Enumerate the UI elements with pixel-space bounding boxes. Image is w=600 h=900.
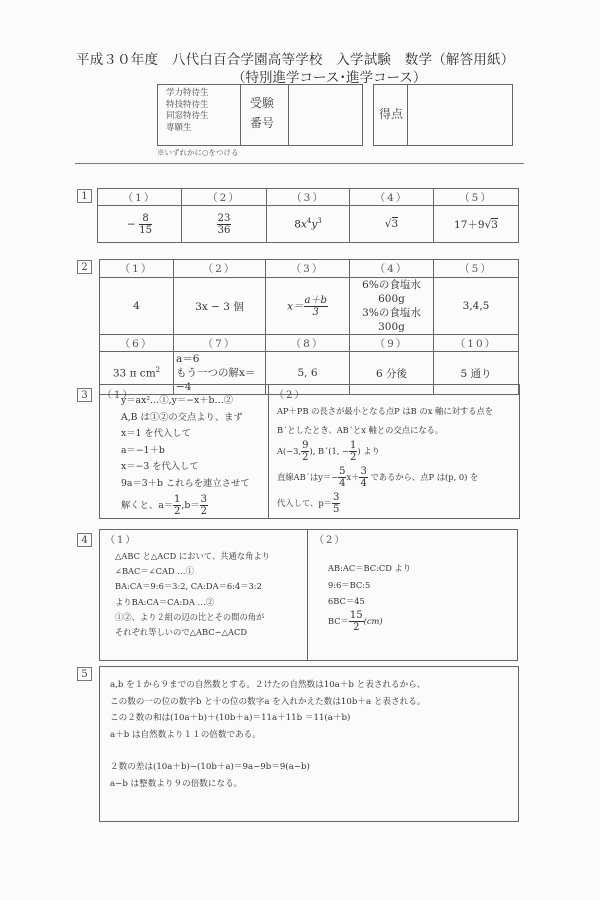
text: ), B´(1, − xyxy=(309,446,349,456)
numerator: 3 xyxy=(359,466,367,478)
solution-line: A(−3,92), B´(1, −12) より xyxy=(277,440,493,463)
solution-line: 直線AB´はy＝−54x＋34 であるから、点P は(p, 0) を xyxy=(277,466,493,489)
numerator: 3 xyxy=(332,492,340,504)
q2-header: （6） xyxy=(100,335,174,352)
numerator: 23 xyxy=(217,213,232,225)
header-divider xyxy=(75,163,524,164)
q3-part2-solution: AP＋PB の長さが最小となる点P はB のx 軸に対する点を B´としたとき、… xyxy=(277,402,493,515)
q4-part1-label: （1） xyxy=(105,531,137,546)
solution-line: ２数の差は(10a＋b)−(10b＋a)＝9a−9b＝9(a−b) xyxy=(110,759,425,776)
q2-header: （3） xyxy=(266,260,350,278)
category-option[interactable]: 同窓特待生 xyxy=(166,111,240,123)
text: x＋ xyxy=(346,472,359,482)
category-list: 学力特待生 特技特待生 同窓特待生 専願生 xyxy=(158,85,241,145)
exam-number-label-line: 受験 xyxy=(250,93,288,113)
q2-header: （2） xyxy=(174,260,266,278)
fraction: 2336 xyxy=(217,213,232,236)
q4-answer-box: （1） △ABC と△ACD において、共通な角より ∠BAC＝∠CAD …① … xyxy=(99,529,518,661)
q2-answer-3: x＝a＋b3 xyxy=(266,278,350,335)
text: BC＝ xyxy=(328,616,349,626)
q1-answer-5: 17＋9√3 xyxy=(434,206,519,243)
q1-answer-2: 2336 xyxy=(182,206,267,243)
solution-line: それぞれ等しいので△ABC∽△ACD xyxy=(115,625,270,640)
q4-part2-label: （2） xyxy=(314,531,346,546)
solution-line: B´としたとき、AB´とx 軸との交点になる。 xyxy=(277,421,493,440)
solution-line: x＝1 を代入して xyxy=(121,426,250,443)
q1-header: （5） xyxy=(434,189,519,206)
numerator: 8 xyxy=(139,213,152,225)
text: A(−3, xyxy=(277,446,301,456)
text: 解くと、a＝ xyxy=(121,500,173,511)
denominator: 2 xyxy=(200,506,208,517)
solution-line: ①②、より２組の辺の比とその間の角が xyxy=(115,610,270,625)
q1-header: （3） xyxy=(267,189,350,206)
radicand: 3 xyxy=(491,218,498,231)
exam-number-label: 受験 番号 xyxy=(241,85,289,145)
solution-line: 6BC＝45 xyxy=(328,593,411,610)
q1-answer-1: − 815 xyxy=(98,206,182,243)
solution-line: よりBA:CA＝CA:DA …② xyxy=(115,595,270,610)
q2-header: （4） xyxy=(350,260,434,278)
minus-sign: − xyxy=(127,218,136,230)
answer-line: 3%の食塩水300g xyxy=(350,306,433,334)
page-title: 平成３０年度 八代白百合学園高等学校 入学試験 数学（解答用紙） xyxy=(76,48,514,68)
solution-line: AP＋PB の長さが最小となる点P はB のx 軸に対する点を xyxy=(277,402,493,421)
coefficient: 8 xyxy=(294,219,301,231)
q2-answer-1: 4 xyxy=(100,278,174,335)
score-field[interactable] xyxy=(408,85,512,145)
solution-line: ∠BAC＝∠CAD …① xyxy=(115,564,270,579)
q2-answer-5: 3,4,5 xyxy=(434,278,519,335)
q2-header: （8） xyxy=(266,335,350,352)
q2-header: （10） xyxy=(434,335,519,352)
text: 直線AB´はy＝− xyxy=(277,472,338,482)
fraction: 34 xyxy=(359,466,367,489)
denominator: 3 xyxy=(304,307,328,318)
question-number-2: 2 xyxy=(77,260,92,274)
solution-line: 9:6＝BC:5 xyxy=(328,577,411,594)
page-subtitle: （特別進学コース･進学コース） xyxy=(232,66,426,86)
q4-part2-solution: AB:AC＝BC:CD より 9:6＝BC:5 6BC＝45 BC＝152(cm… xyxy=(328,560,411,633)
q1-header: （2） xyxy=(182,189,267,206)
q5-answer-box: a,b を１から９までの自然数とする。２けたの自然数は10a＋b と表されるから… xyxy=(99,666,519,822)
q1-answer-table: （1） （2） （3） （4） （5） − 815 2336 8x4y3 √3 … xyxy=(97,188,519,243)
spacer xyxy=(110,743,425,759)
q2-header: （9） xyxy=(350,335,434,352)
numerator: 3 xyxy=(200,494,208,506)
exam-number-label-line: 番号 xyxy=(250,113,288,133)
radicand: 3 xyxy=(392,217,399,230)
score-label: 得点 xyxy=(374,85,408,145)
solution-line: AB:AC＝BC:CD より xyxy=(328,560,411,577)
denominator: 15 xyxy=(139,225,152,236)
solution-line: △ABC と△ACD において、共通な角より xyxy=(115,549,270,564)
solution-line: BC＝152(cm) xyxy=(328,610,411,633)
question-number-1: 1 xyxy=(77,189,92,203)
solution-line: a−b は整数より９の倍数になる。 xyxy=(110,776,425,793)
solution-line: 9a＝3＋b これらを連立させて xyxy=(121,476,250,493)
q2-header: （7） xyxy=(174,335,266,352)
fraction: 815 xyxy=(139,213,152,236)
text: 代入して、p＝ xyxy=(277,498,332,508)
exponent: 2 xyxy=(156,366,160,374)
numerator: a＋b xyxy=(304,295,328,307)
solution-line: A,B は①②の交点より、まず xyxy=(121,410,250,427)
question-number-4: 4 xyxy=(77,533,92,547)
solution-line: a＋b は自然数より１１の倍数である。 xyxy=(110,727,425,744)
text: ) より xyxy=(357,446,379,456)
score-box: 得点 xyxy=(373,84,513,146)
q3-part2-label: （2） xyxy=(274,386,306,401)
solution-line: 解くと、a＝12,b＝32 xyxy=(121,494,250,517)
denominator: 36 xyxy=(217,225,232,236)
solution-line: BA:CA＝9:6＝3:2, CA:DA＝6:4＝3:2 xyxy=(115,579,270,594)
solution-line: この数の一の位の数字b と十の位の数字a を入れかえた数は10b＋a と表される… xyxy=(110,694,425,711)
solution-line: x＝−3 を代入して xyxy=(121,459,250,476)
q2-answer-2: 3x − 3 個 xyxy=(174,278,266,335)
q1-header: （1） xyxy=(98,189,182,206)
unit: (cm) xyxy=(364,616,383,626)
category-option[interactable]: 学力特待生 xyxy=(166,88,240,100)
fraction: 32 xyxy=(200,494,208,517)
denominator: 2 xyxy=(349,622,364,633)
solution-line: a＝−1＋b xyxy=(121,443,250,460)
solution-line: この２数の和は(10a＋b)＋(10b＋a)＝11a＋11b ＝11(a＋b) xyxy=(110,710,425,727)
q1-answer-4: √3 xyxy=(350,206,434,243)
q4-part1-solution: △ABC と△ACD において、共通な角より ∠BAC＝∠CAD …① BA:C… xyxy=(115,549,270,640)
expression-prefix: 17＋9 xyxy=(454,219,485,231)
q1-header: （4） xyxy=(350,189,434,206)
solution-line: 代入して、p＝35 xyxy=(277,492,493,515)
q2-header: （5） xyxy=(434,260,519,278)
text: であるから、点P は(p, 0) を xyxy=(368,472,479,482)
fraction: 152 xyxy=(349,610,364,633)
category-option[interactable]: 専願生 xyxy=(166,123,240,135)
q1-answer-3: 8x4y3 xyxy=(267,206,350,243)
denominator: 5 xyxy=(332,504,340,515)
solution-line: y＝ax²…①,y＝−x＋b…② xyxy=(121,393,250,410)
question-number-5: 5 xyxy=(77,667,92,681)
area-value: 33 π cm xyxy=(113,368,156,380)
equation-lhs: x＝ xyxy=(287,300,303,312)
q2-answer-table: （1） （2） （3） （4） （5） 4 3x − 3 個 x＝a＋b3 6%… xyxy=(99,259,519,395)
exponent: 3 xyxy=(317,217,321,225)
q5-solution: a,b を１から９までの自然数とする。２けたの自然数は10a＋b と表されるから… xyxy=(110,677,425,792)
numerator: 15 xyxy=(349,610,364,622)
q3-divider xyxy=(268,385,269,518)
question-number-3: 3 xyxy=(77,388,92,402)
q3-part1-solution: y＝ax²…①,y＝−x＋b…② A,B は①②の交点より、まず x＝1 を代入… xyxy=(121,393,250,517)
exam-number-field[interactable] xyxy=(289,85,362,145)
denominator: 4 xyxy=(359,478,367,489)
q4-divider xyxy=(307,530,308,660)
category-note: ※いずれかに○をつける xyxy=(157,147,239,158)
solution-line: a,b を１から９までの自然数とする。２けたの自然数は10a＋b と表されるから… xyxy=(110,677,425,694)
answer-line: a＝6 xyxy=(176,352,265,366)
q2-answer-4: 6%の食塩水600g 3%の食塩水300g xyxy=(350,278,434,335)
text: ,b＝ xyxy=(181,500,199,511)
q2-header: （1） xyxy=(100,260,174,278)
q3-answer-box: （1） y＝ax²…①,y＝−x＋b…② A,B は①②の交点より、まず x＝1… xyxy=(99,384,520,519)
exam-info-box: 学力特待生 特技特待生 同窓特待生 専願生 受験 番号 xyxy=(157,84,363,146)
answer-line: 6%の食塩水600g xyxy=(350,278,433,306)
category-option[interactable]: 特技特待生 xyxy=(166,100,240,112)
fraction: a＋b3 xyxy=(304,295,328,318)
sqrt-symbol: √ xyxy=(385,218,392,230)
fraction: 35 xyxy=(332,492,340,515)
